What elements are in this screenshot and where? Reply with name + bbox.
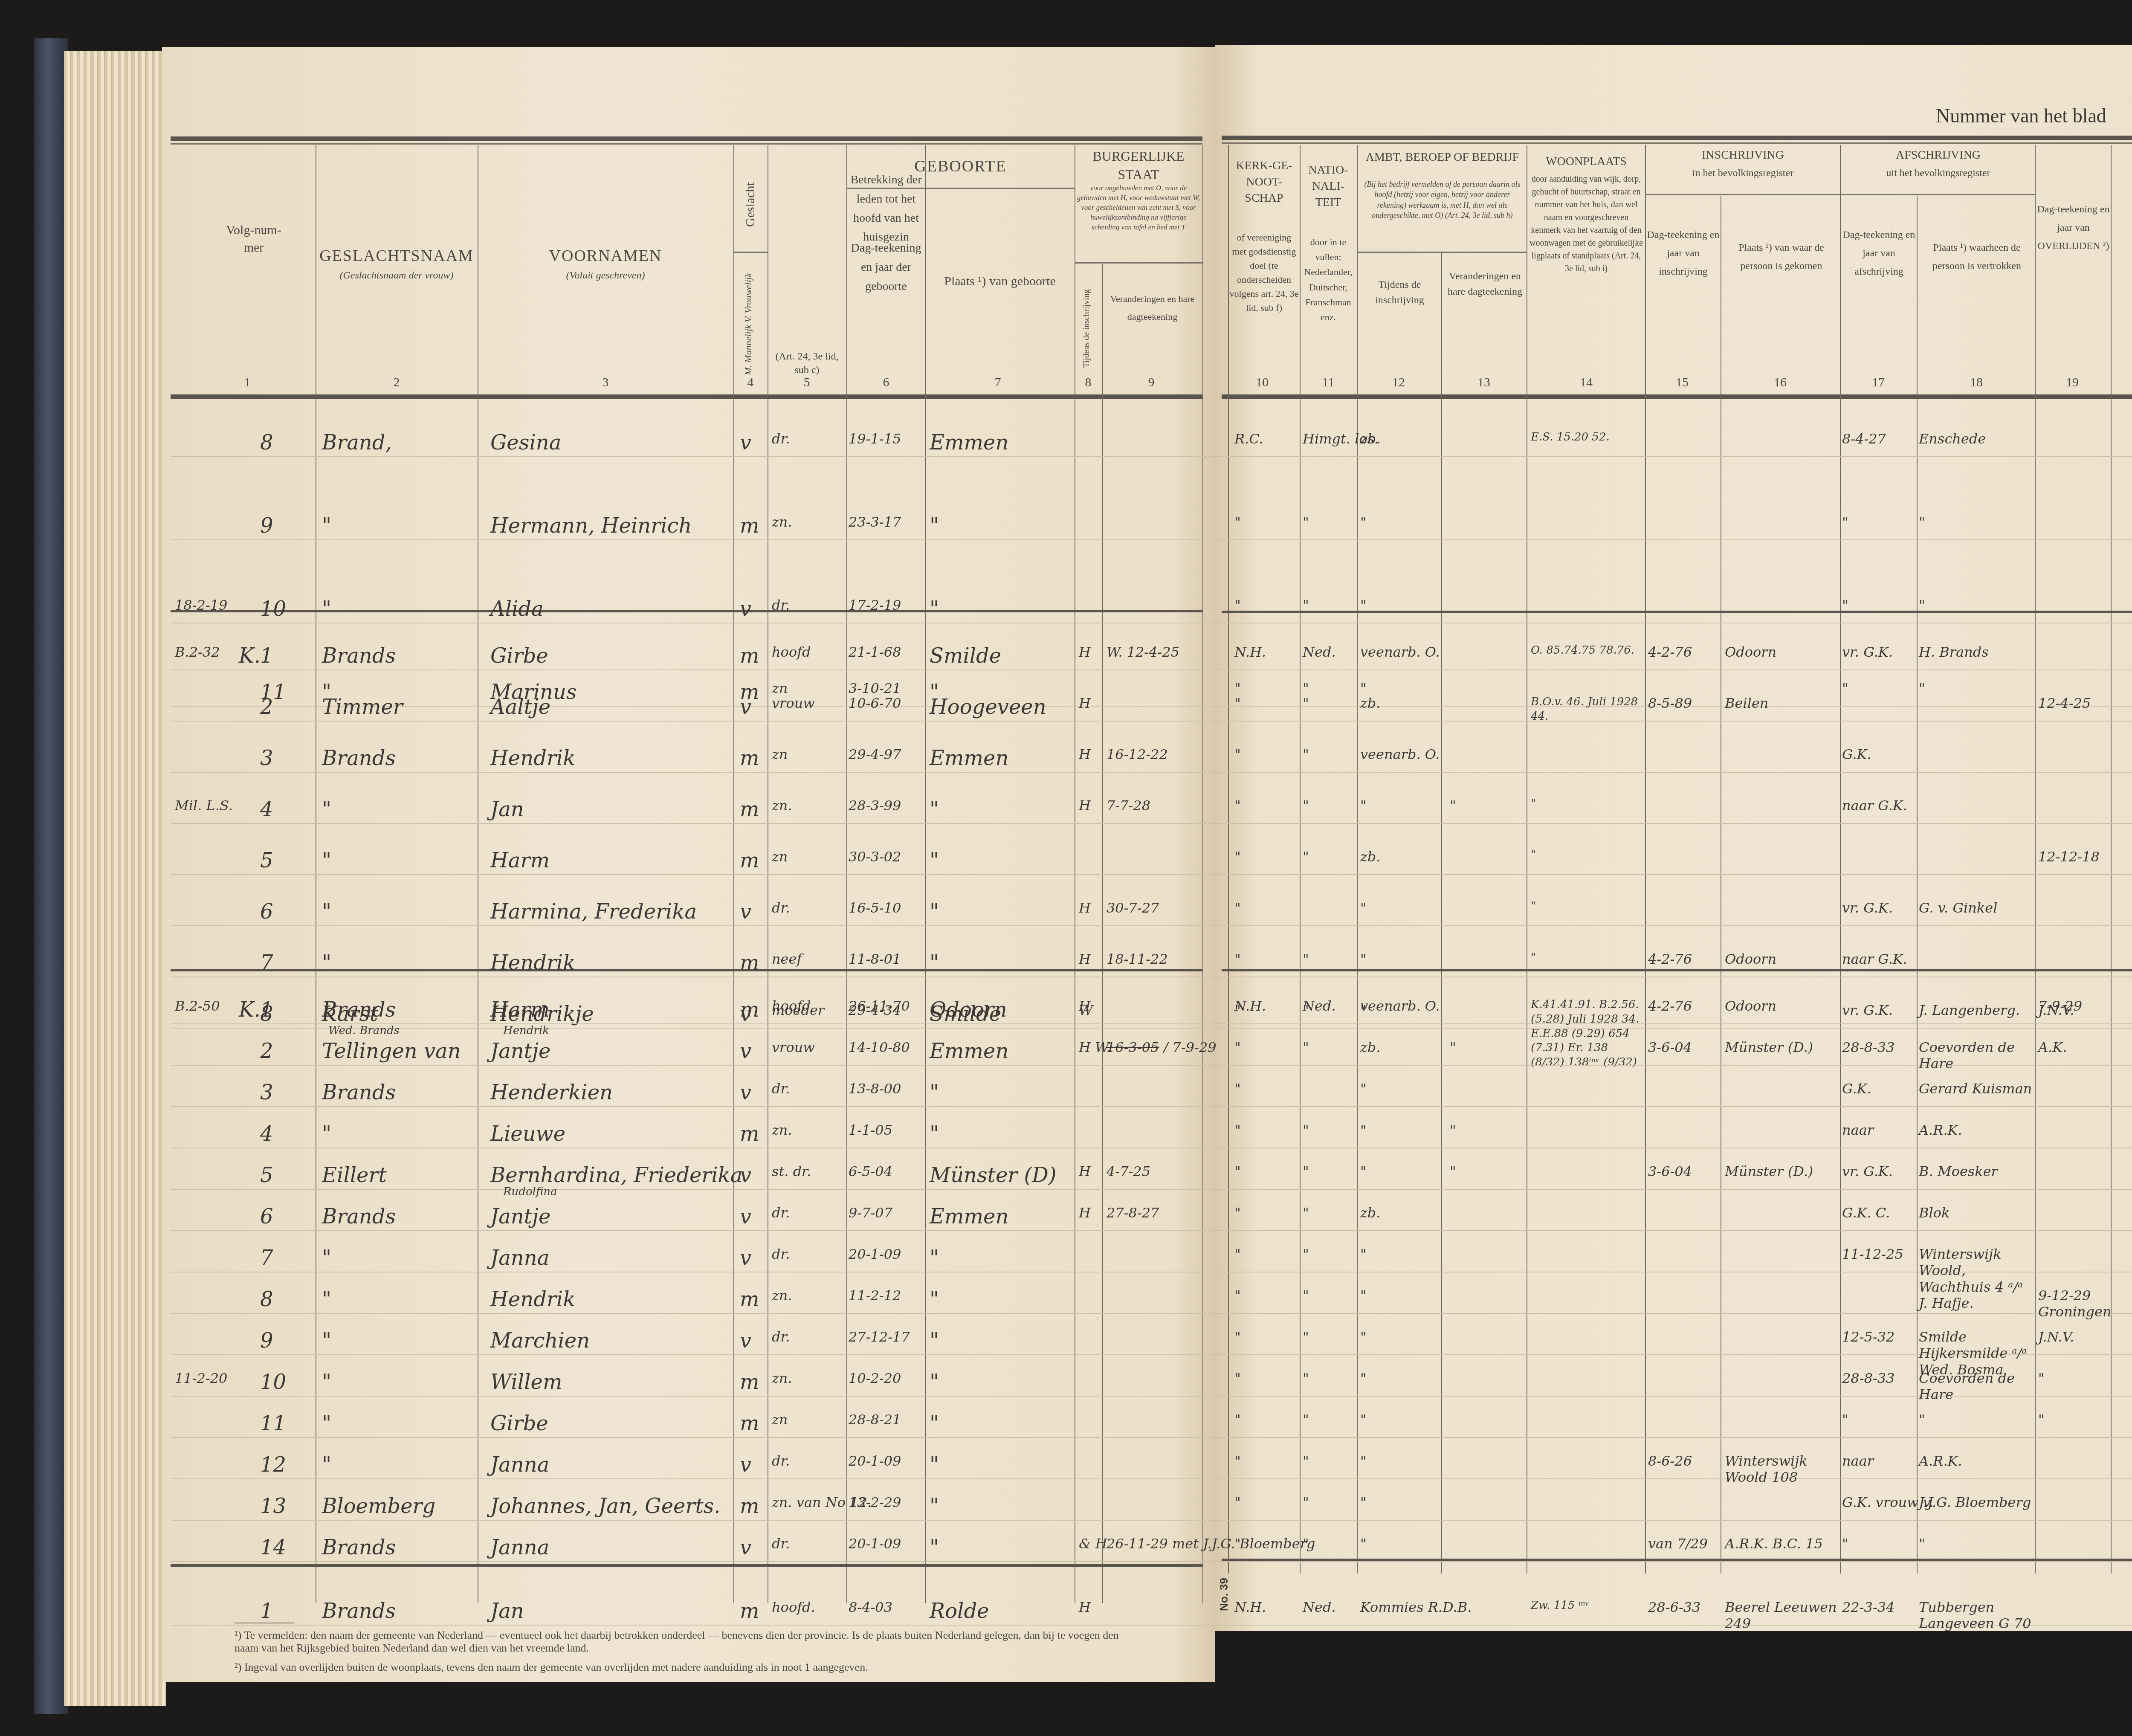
- cell-church: ": [1234, 1411, 1241, 1428]
- cell-job: ": [1360, 951, 1367, 967]
- cell-church: R.C.: [1234, 431, 1263, 447]
- cell-surname: Brands: [322, 1081, 396, 1104]
- cell-nat: ": [1303, 1370, 1309, 1386]
- cell-birth: 20-1-09: [849, 1536, 901, 1552]
- cell-place: ": [930, 1370, 939, 1394]
- cell-given: Gesina: [490, 431, 561, 455]
- col-number: 12: [1382, 375, 1416, 390]
- cell-c9: W. 12-4-25: [1107, 644, 1179, 660]
- row-ruling: [171, 1437, 2132, 1438]
- row-ruling: [171, 623, 2132, 623]
- cell-out-to: A.R.K.: [1919, 1122, 1962, 1138]
- cell-rel: dr.: [772, 1536, 790, 1552]
- cell-place: Emmen: [930, 1039, 1008, 1063]
- cell-birth: 29-4-97: [849, 746, 901, 762]
- header-woonplaats-sub: door aanduiding van wijk, dorp, gehucht …: [1529, 173, 1644, 275]
- cell-given: Janna: [490, 1453, 549, 1477]
- cell-sex: m: [740, 1494, 759, 1518]
- cell-rel: zn: [772, 680, 788, 696]
- cell-sex: v: [740, 1246, 751, 1270]
- header-geboorte: GEBOORTE: [846, 156, 1075, 177]
- cell-in-date: 4-2-76: [1648, 951, 1692, 967]
- cell-place: ": [930, 951, 939, 975]
- cell-job2: ": [1450, 1039, 1456, 1055]
- header-aanmerkingen: AAN-MERKINGEN: [2113, 230, 2132, 245]
- cell-rel: dr.: [772, 1081, 790, 1097]
- cell-out-date: vr. G.K.: [1842, 1002, 1893, 1018]
- header-col9: Veranderingen en hare dagteekening: [1104, 290, 1200, 326]
- cell-church: ": [1234, 1246, 1241, 1262]
- cell-given: Jantje: [490, 1205, 550, 1229]
- cell-rel: hoofd.: [772, 1599, 815, 1615]
- cell-birth: 20-1-09: [849, 1246, 901, 1262]
- cell-place: ": [930, 849, 939, 872]
- cell-c9: 27-8-27: [1107, 1205, 1159, 1221]
- cell-nat: ": [1303, 597, 1309, 613]
- cell-in-date: 3-6-04: [1648, 1163, 1692, 1180]
- cell-place: ": [930, 1329, 939, 1353]
- row-ruling: [171, 669, 2132, 670]
- cell-c8: H: [1079, 1205, 1091, 1221]
- cell-out-to: ": [1919, 1536, 1925, 1552]
- header-top-rule-left-thin: [171, 143, 1202, 145]
- cell-rel: hoofd: [772, 998, 811, 1014]
- cell-out-date: naar: [1842, 1122, 1874, 1138]
- cell-k: K.: [239, 998, 261, 1022]
- row-ruling: [171, 706, 2132, 707]
- cell-nat: ": [1303, 1246, 1309, 1262]
- cell-rel: dr.: [772, 1205, 790, 1221]
- header-geboorte-datum: Dag-teekening en jaar der geboorte: [848, 239, 924, 296]
- cell-c8: H: [1079, 746, 1091, 762]
- cell-out-date: naar G.K.: [1842, 797, 1907, 814]
- cell-church: ": [1234, 514, 1241, 530]
- cell-margin: B.2-32: [175, 644, 220, 660]
- cell-rel: zn.: [772, 514, 792, 530]
- cell-job: ": [1360, 900, 1367, 916]
- cell-birth: 14-10-80: [849, 1039, 910, 1055]
- cell-given2: Hendrik: [503, 1024, 549, 1037]
- cell-in-from: Beilen: [1725, 695, 1768, 711]
- book-spine: [34, 38, 68, 1714]
- cell-addr: K.41.41.91. B.2.56.(5.28) Juli 1928 34. …: [1531, 998, 1642, 1070]
- col-divider: [1441, 252, 1442, 1574]
- inschrijving-sub-rule: [1645, 194, 1840, 195]
- cell-rel: vrouw: [772, 1039, 815, 1055]
- cell-rel: vrouw: [772, 695, 815, 711]
- burg-staat-sub-rule: [1075, 262, 1202, 264]
- cell-out-date: G.K. C.: [1842, 1205, 1890, 1221]
- col-divider: [1228, 145, 1229, 1574]
- cell-surname: ": [322, 1329, 331, 1353]
- header-betrekking: Betrekking der leden tot het hoofd van h…: [848, 171, 924, 247]
- cell-c8: H: [1079, 644, 1091, 660]
- cell-church: ": [1234, 1081, 1241, 1097]
- cell-c9: 30-7-27: [1107, 900, 1159, 916]
- cell-margin: B.2-50: [175, 998, 220, 1014]
- cell-c8: H: [1079, 900, 1091, 916]
- cell-birth: 28-3-99: [849, 797, 901, 814]
- cell-nr: 1: [260, 998, 273, 1022]
- cell-out-to: Tubbergen Langeveen G 70: [1919, 1599, 2034, 1632]
- cell-nat: ": [1303, 1536, 1309, 1552]
- cell-sex: m: [740, 849, 759, 872]
- cell-died: 9-12-29 Groningen: [2038, 1287, 2132, 1320]
- cell-in-from: Winterswijk Woold 108: [1725, 1453, 1840, 1486]
- cell-out-date: 8-4-27: [1842, 431, 1886, 447]
- cell-surname: Brands: [322, 1205, 396, 1229]
- col-number: 16: [1763, 375, 1797, 390]
- cell-rel: zn: [772, 1411, 788, 1428]
- cell-nat: ": [1303, 849, 1309, 865]
- cell-nr: 12: [260, 1453, 286, 1477]
- row-ruling: [171, 1230, 2132, 1231]
- cell-birth: 10-2-20: [849, 1370, 901, 1386]
- cell-nr: 10: [260, 1370, 286, 1394]
- header-col18: Plaats ¹) waarheen de persoon is vertrok…: [1919, 239, 2035, 275]
- cell-out-to: Enschede: [1919, 431, 1986, 447]
- cell-job: Kommies R.D.B.: [1360, 1599, 1472, 1615]
- cell-place: ": [930, 1287, 939, 1311]
- cell-birth: 26-11-70: [849, 998, 910, 1014]
- cell-out-to: B. Moesker: [1919, 1163, 1998, 1180]
- row-ruling: [171, 1065, 2132, 1066]
- group-rule: [171, 1564, 1202, 1567]
- cell-job: ": [1360, 1329, 1367, 1345]
- cell-surname: ": [322, 900, 331, 924]
- cell-in-date: 8-5-89: [1648, 695, 1692, 711]
- cell-in-date: 4-2-76: [1648, 644, 1692, 660]
- cell-nat: ": [1303, 1039, 1309, 1055]
- row-ruling: [171, 1028, 2132, 1029]
- cell-out-date: ": [1842, 514, 1848, 530]
- cell-sex: m: [740, 1411, 759, 1435]
- cell-rel: zn: [772, 849, 788, 865]
- cell-addr: B.O.v. 46. Juli 1928 44.: [1531, 695, 1642, 724]
- cell-sex: v: [740, 1163, 751, 1187]
- cell-place: Smilde: [930, 644, 1001, 668]
- cell-sex: m: [740, 514, 759, 538]
- cell-surname: ": [322, 951, 331, 975]
- cell-surname: Brands: [322, 1536, 396, 1559]
- cell-out-date: ": [1842, 1536, 1848, 1552]
- cell-nat: ": [1303, 695, 1309, 711]
- cell-sex: m: [740, 1287, 759, 1311]
- cell-church: ": [1234, 1163, 1241, 1180]
- group-rule: [1222, 969, 2132, 971]
- row-ruling: [171, 1272, 2132, 1272]
- cell-given: Hendrik: [490, 1287, 575, 1311]
- row-ruling: [171, 1354, 2132, 1355]
- cell-church: ": [1234, 1205, 1241, 1221]
- cell-rel: dr.: [772, 900, 790, 916]
- header-col17: Dag-teekening en jaar van afschrijving: [1841, 226, 1917, 281]
- cell-place: ": [930, 1122, 939, 1146]
- cell-nr: 14: [260, 1536, 286, 1559]
- cell-sex: v: [740, 1205, 751, 1229]
- header-col19: Dag-teekening en jaar van OVERLIJDEN ²): [2036, 200, 2111, 256]
- cell-out-date: ": [1842, 597, 1848, 613]
- cell-margin: Mil. L.S.: [175, 797, 233, 814]
- header-burgerlijke-staat-sub: voor ongehuwden met O, voor de gehuwden …: [1077, 183, 1200, 232]
- cell-c9: 18-11-22: [1107, 951, 1168, 967]
- cell-addr: ": [1531, 797, 1536, 810]
- cell-in-from: Münster (D.): [1725, 1039, 1813, 1055]
- cell-surname: Brands: [322, 998, 396, 1022]
- cell-sex: v: [740, 1039, 751, 1063]
- cell-out-to: Coevorden de Hare: [1919, 1039, 2034, 1072]
- cell-surname: ": [322, 1411, 331, 1435]
- cell-job: veenarb. O.: [1360, 746, 1440, 762]
- cell-job2: ": [1450, 1163, 1456, 1180]
- cell-nat: ": [1303, 1329, 1309, 1345]
- cell-given: Jan: [490, 797, 524, 821]
- footnote-2: ²) Ingeval van overlijden buiten de woon…: [235, 1661, 1130, 1674]
- cell-job: ": [1360, 680, 1367, 696]
- col-number: 17: [1861, 375, 1895, 390]
- cell-church: ": [1234, 1039, 1241, 1055]
- cell-nat: ": [1303, 1494, 1309, 1510]
- cell-rel: st. dr.: [772, 1163, 811, 1180]
- cell-given: Harm: [490, 849, 550, 872]
- cell-birth: 19-1-15: [849, 431, 901, 447]
- cell-in-date: 3-6-04: [1648, 1039, 1692, 1055]
- cell-place: Münster (D): [930, 1163, 1056, 1187]
- cell-out-to: ": [1919, 1411, 1925, 1428]
- header-voornamen-sub: (Voluit geschreven): [478, 269, 733, 282]
- cell-surname: Brands: [322, 644, 396, 668]
- cell-nr: 5: [260, 849, 273, 872]
- cell-in-from: Beerel Leeuwen 249: [1725, 1599, 1840, 1632]
- cell-birth: 9-7-07: [849, 1205, 892, 1221]
- cell-out-date: ": [1842, 1411, 1848, 1428]
- header-kerkgenootschap: KERK-GE-NOOT-SCHAP: [1229, 158, 1299, 206]
- cell-sex: m: [740, 951, 759, 975]
- cell-out-to: A.R.K.: [1919, 1453, 1962, 1469]
- cell-sex: m: [740, 797, 759, 821]
- cell-place: ": [930, 514, 939, 538]
- footnote-rule: [235, 1623, 294, 1623]
- cell-out-to: Coevorden de Hare: [1919, 1370, 2034, 1403]
- col-number: 13: [1467, 375, 1501, 390]
- header-ambt: AMBT, BEROEP OF BEDRIJF: [1358, 149, 1527, 165]
- header-volgnummer: Volg-num-mer: [226, 222, 281, 256]
- cell-rel: neef: [772, 951, 802, 967]
- cell-c8: H: [1079, 695, 1091, 711]
- cell-job: ": [1360, 1536, 1367, 1552]
- cell-surname: Brands: [322, 746, 396, 770]
- header-geslachtsnaam-sub: (Geslachtsnaam der vrouw): [316, 269, 478, 282]
- cell-given: Girbe: [490, 644, 548, 668]
- cell-out-date: ": [1842, 680, 1848, 696]
- row-ruling: [171, 1396, 2132, 1397]
- cell-in-from: Odoorn: [1725, 951, 1776, 967]
- cell-surname: ": [322, 597, 331, 621]
- cell-rel: zn.: [772, 1287, 792, 1304]
- header-afschrijving-sub: uit het bevolkingsregister: [1841, 166, 2035, 180]
- cell-nat: ": [1303, 746, 1309, 762]
- cell-sex: v: [740, 597, 751, 621]
- header-top-rule-right-thin: [1222, 142, 2132, 144]
- header-bottom-rule-right: [1222, 394, 2132, 399]
- sheet-number-label: Nummer van het blad: [1936, 104, 2106, 127]
- cell-place: ": [930, 797, 939, 821]
- col-divider: [1645, 145, 1646, 1574]
- cell-margin: 18-2-19: [175, 597, 227, 613]
- header-col13: Veranderingen en hare dagteekening: [1443, 269, 1527, 299]
- cell-place: Emmen: [930, 1205, 1008, 1229]
- cell-place: Odoorn: [930, 998, 1007, 1022]
- cell-nat: Ned.: [1303, 1599, 1336, 1615]
- cell-church: ": [1234, 1122, 1241, 1138]
- cell-place: Rolde: [930, 1599, 989, 1623]
- cell-in-date: 4-2-76: [1648, 998, 1692, 1014]
- cell-job: ": [1360, 1287, 1367, 1304]
- cell-given: Janna: [490, 1536, 549, 1559]
- header-betrekking-sub: (Art. 24, 3e lid, sub c): [768, 350, 846, 377]
- cell-nr: 4: [260, 797, 273, 821]
- header-nationaliteit: NATIO-NALI-TEIT: [1301, 162, 1356, 210]
- cell-nr: 8: [260, 1287, 273, 1311]
- col-number: 3: [588, 375, 623, 390]
- header-nationaliteit-sub: door in te vullen: Nederlander, Duitsche…: [1301, 235, 1356, 325]
- cell-rel: dr.: [772, 431, 790, 447]
- cell-died: 12-12-18: [2038, 849, 2100, 865]
- cell-surname: Bloemberg: [322, 1494, 435, 1518]
- cell-out-to: ": [1919, 514, 1925, 530]
- cell-birth: 21-1-68: [849, 644, 901, 660]
- cell-sex: m: [740, 746, 759, 770]
- cell-place: ": [930, 1453, 939, 1477]
- cell-addr: E.S. 15.20 52.: [1531, 431, 1610, 443]
- cell-died: A.K.: [2038, 1039, 2067, 1055]
- cell-c9: 7-7-28: [1107, 797, 1150, 814]
- cell-surname2: Wed. Brands: [328, 1024, 400, 1037]
- cell-given: Willem: [490, 1370, 562, 1394]
- col-divider: [1721, 196, 1721, 1574]
- col-divider: [1527, 145, 1527, 1574]
- cell-rel: dr.: [772, 597, 790, 613]
- cell-church: ": [1234, 680, 1241, 696]
- cell-out-to: H. Brands: [1919, 644, 1989, 660]
- row-ruling: [171, 539, 2132, 540]
- cell-birth: 11-2-12: [849, 1287, 901, 1304]
- cell-c8: H: [1079, 1163, 1091, 1180]
- cell-addr: Zw. 115 ⁱⁿᵛ: [1531, 1599, 1589, 1612]
- cell-surname: Timmer: [322, 695, 403, 719]
- col-number: 10: [1245, 375, 1279, 390]
- cell-surname: ": [322, 797, 331, 821]
- cell-c8: H: [1079, 797, 1091, 814]
- header-inschrijving-sub: in het bevolkingsregister: [1646, 166, 1840, 180]
- header-col15: Dag-teekening en jaar van inschrijving: [1646, 226, 1721, 281]
- cell-nat: ": [1303, 1453, 1309, 1469]
- cell-in-date: 28-6-33: [1648, 1599, 1700, 1615]
- cell-c8: H: [1079, 998, 1091, 1014]
- cell-c8: H: [1079, 951, 1091, 967]
- cell-job: veenarb. O.: [1360, 644, 1440, 660]
- cell-birth: 11-8-01: [849, 951, 901, 967]
- header-geslachtsnaam: GESLACHTSNAAM: [316, 245, 478, 267]
- cell-birth: 28-8-21: [849, 1411, 901, 1428]
- cell-church: ": [1234, 849, 1241, 865]
- cell-nr: 11: [260, 1411, 286, 1435]
- cell-in-date: 8-6-26: [1648, 1453, 1692, 1469]
- cell-church: ": [1234, 1494, 1241, 1510]
- cell-church: ": [1234, 1453, 1241, 1469]
- cell-in-from: Odoorn: [1725, 998, 1776, 1014]
- cell-surname: ": [322, 1122, 331, 1146]
- cell-job2: ": [1450, 797, 1456, 814]
- cell-given: Harmina, Frederika: [490, 900, 697, 924]
- cell-given: Girbe: [490, 1411, 548, 1435]
- cell-surname: ": [322, 1246, 331, 1270]
- cell-job: ": [1360, 1411, 1367, 1428]
- col-number: 14: [1569, 375, 1603, 390]
- row-ruling: [171, 1313, 2132, 1314]
- cell-out-date: G.K.: [1842, 1081, 1871, 1097]
- cell-nat: ": [1303, 1163, 1309, 1180]
- cell-birth: 16-5-10: [849, 900, 901, 916]
- cell-job: ": [1360, 1081, 1367, 1097]
- cell-birth: 17-2-19: [849, 597, 901, 613]
- cell-c9: 16-3-05 / 7-9-29: [1107, 1039, 1217, 1055]
- cell-birth: 30-3-02: [849, 849, 901, 865]
- cell-nr: 6: [260, 900, 273, 924]
- row-ruling: [171, 1561, 2132, 1562]
- col-number: 18: [1959, 375, 1993, 390]
- header-col16: Plaats ¹) van waar de persoon is gekomen: [1723, 239, 1840, 275]
- cell-given: Henderkien: [490, 1081, 613, 1104]
- cell-church: ": [1234, 597, 1241, 613]
- cell-sex: v: [740, 1453, 751, 1477]
- cell-given: Hermann, Heinrich: [490, 514, 692, 538]
- cell-out-date: 12-5-32: [1842, 1329, 1894, 1345]
- cell-given: Hendrik: [490, 951, 575, 975]
- cell-church: ": [1234, 951, 1241, 967]
- cell-job: ": [1360, 797, 1367, 814]
- cell-job2: ": [1450, 1122, 1456, 1138]
- cell-given: Jan: [490, 1599, 524, 1623]
- cell-out-to: G. v. Ginkel: [1919, 900, 1997, 916]
- cell-nr: 9: [260, 514, 273, 538]
- col-divider: [2111, 145, 2112, 1574]
- cell-church: ": [1234, 797, 1241, 814]
- col-number: 2: [379, 375, 414, 390]
- cell-birth: 20-1-09: [849, 1453, 901, 1469]
- cell-margin: 11-2-20: [175, 1370, 227, 1386]
- header-woonplaats: WOONPLAATS: [1529, 154, 1644, 170]
- cell-place: Emmen: [930, 431, 1008, 455]
- cell-given: Aaltje: [490, 695, 550, 719]
- cell-church: ": [1234, 1287, 1241, 1304]
- cell-place: ": [930, 1494, 939, 1518]
- cell-nr: 2: [260, 695, 273, 719]
- header-geslacht: Geslacht: [742, 162, 759, 247]
- cell-place: ": [930, 1246, 939, 1270]
- cell-nat: ": [1303, 1411, 1309, 1428]
- header-col8: Tijdens de inschrijving: [1081, 281, 1092, 375]
- cell-out-to: Gerard Kuisman: [1919, 1081, 2032, 1097]
- cell-birth: 10-6-70: [849, 695, 901, 711]
- cell-church: ": [1234, 1329, 1241, 1345]
- cell-surname: Brand,: [322, 431, 392, 455]
- cell-out-date: vr. G.K.: [1842, 644, 1893, 660]
- cell-out-to: Winterswijk Woold, Wachthuis 4 ᵃ/ᵃ J. Ha…: [1919, 1246, 2034, 1312]
- col-divider: [1102, 264, 1103, 1603]
- cell-c8: & H: [1079, 1536, 1107, 1552]
- cell-surname: Brands: [322, 1599, 396, 1623]
